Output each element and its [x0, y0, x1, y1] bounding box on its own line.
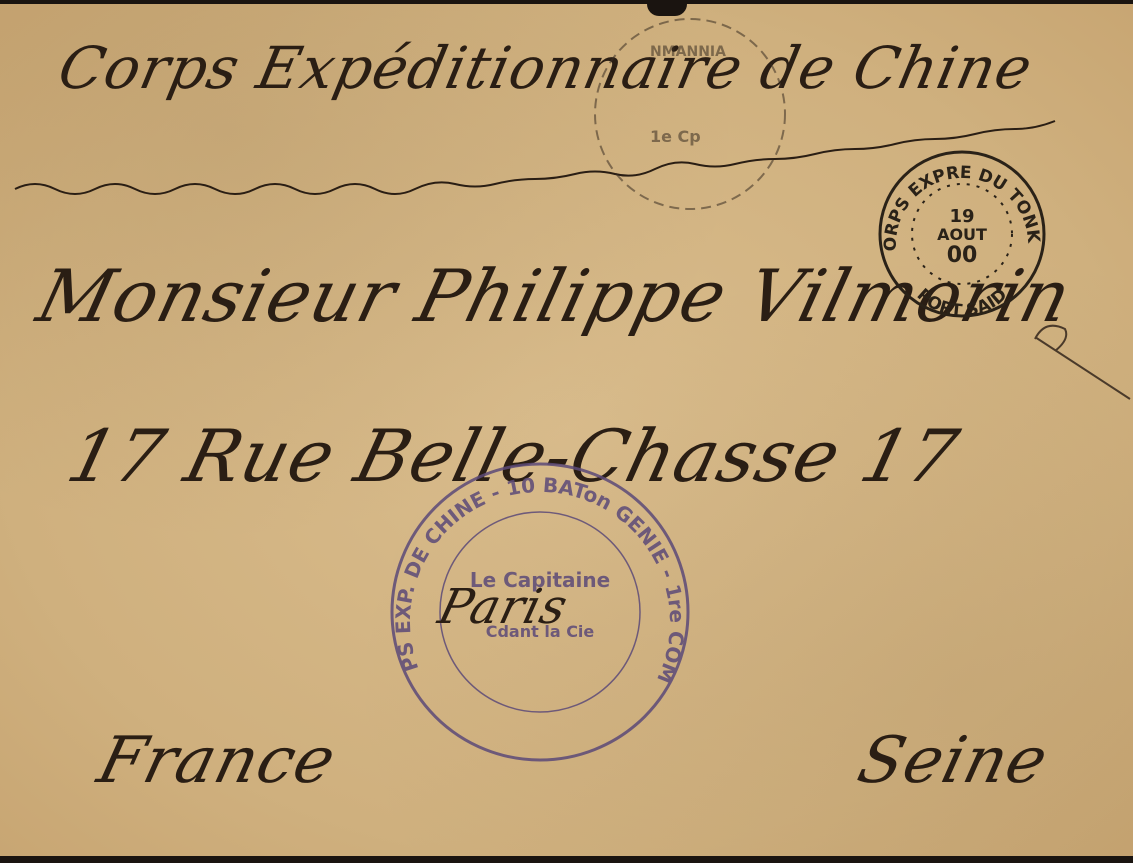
svg-text:NMANNIA: NMANNIA	[650, 44, 726, 60]
envelope: Corps Expéditionnaire de Chine Monsieur …	[0, 4, 1133, 856]
pen-stroke	[1035, 326, 1130, 399]
svg-text:19: 19	[949, 206, 974, 227]
svg-text:AOUT: AOUT	[937, 225, 987, 244]
postmark-port-said: CORPS EXPRE DU TONKIN PORT SAID 19 AOUT …	[880, 152, 1044, 321]
stamps-layer: NMANNIA 1e Cp CORPS EXPRE DU TONKIN PORT…	[0, 4, 1133, 856]
svg-text:1e Cp: 1e Cp	[650, 127, 701, 146]
svg-text:PORT SAID: PORT SAID	[913, 285, 1012, 321]
svg-text:00: 00	[947, 243, 978, 268]
faint-postmark: NMANNIA 1e Cp	[595, 19, 785, 209]
recipient-city: Paris	[433, 579, 574, 635]
